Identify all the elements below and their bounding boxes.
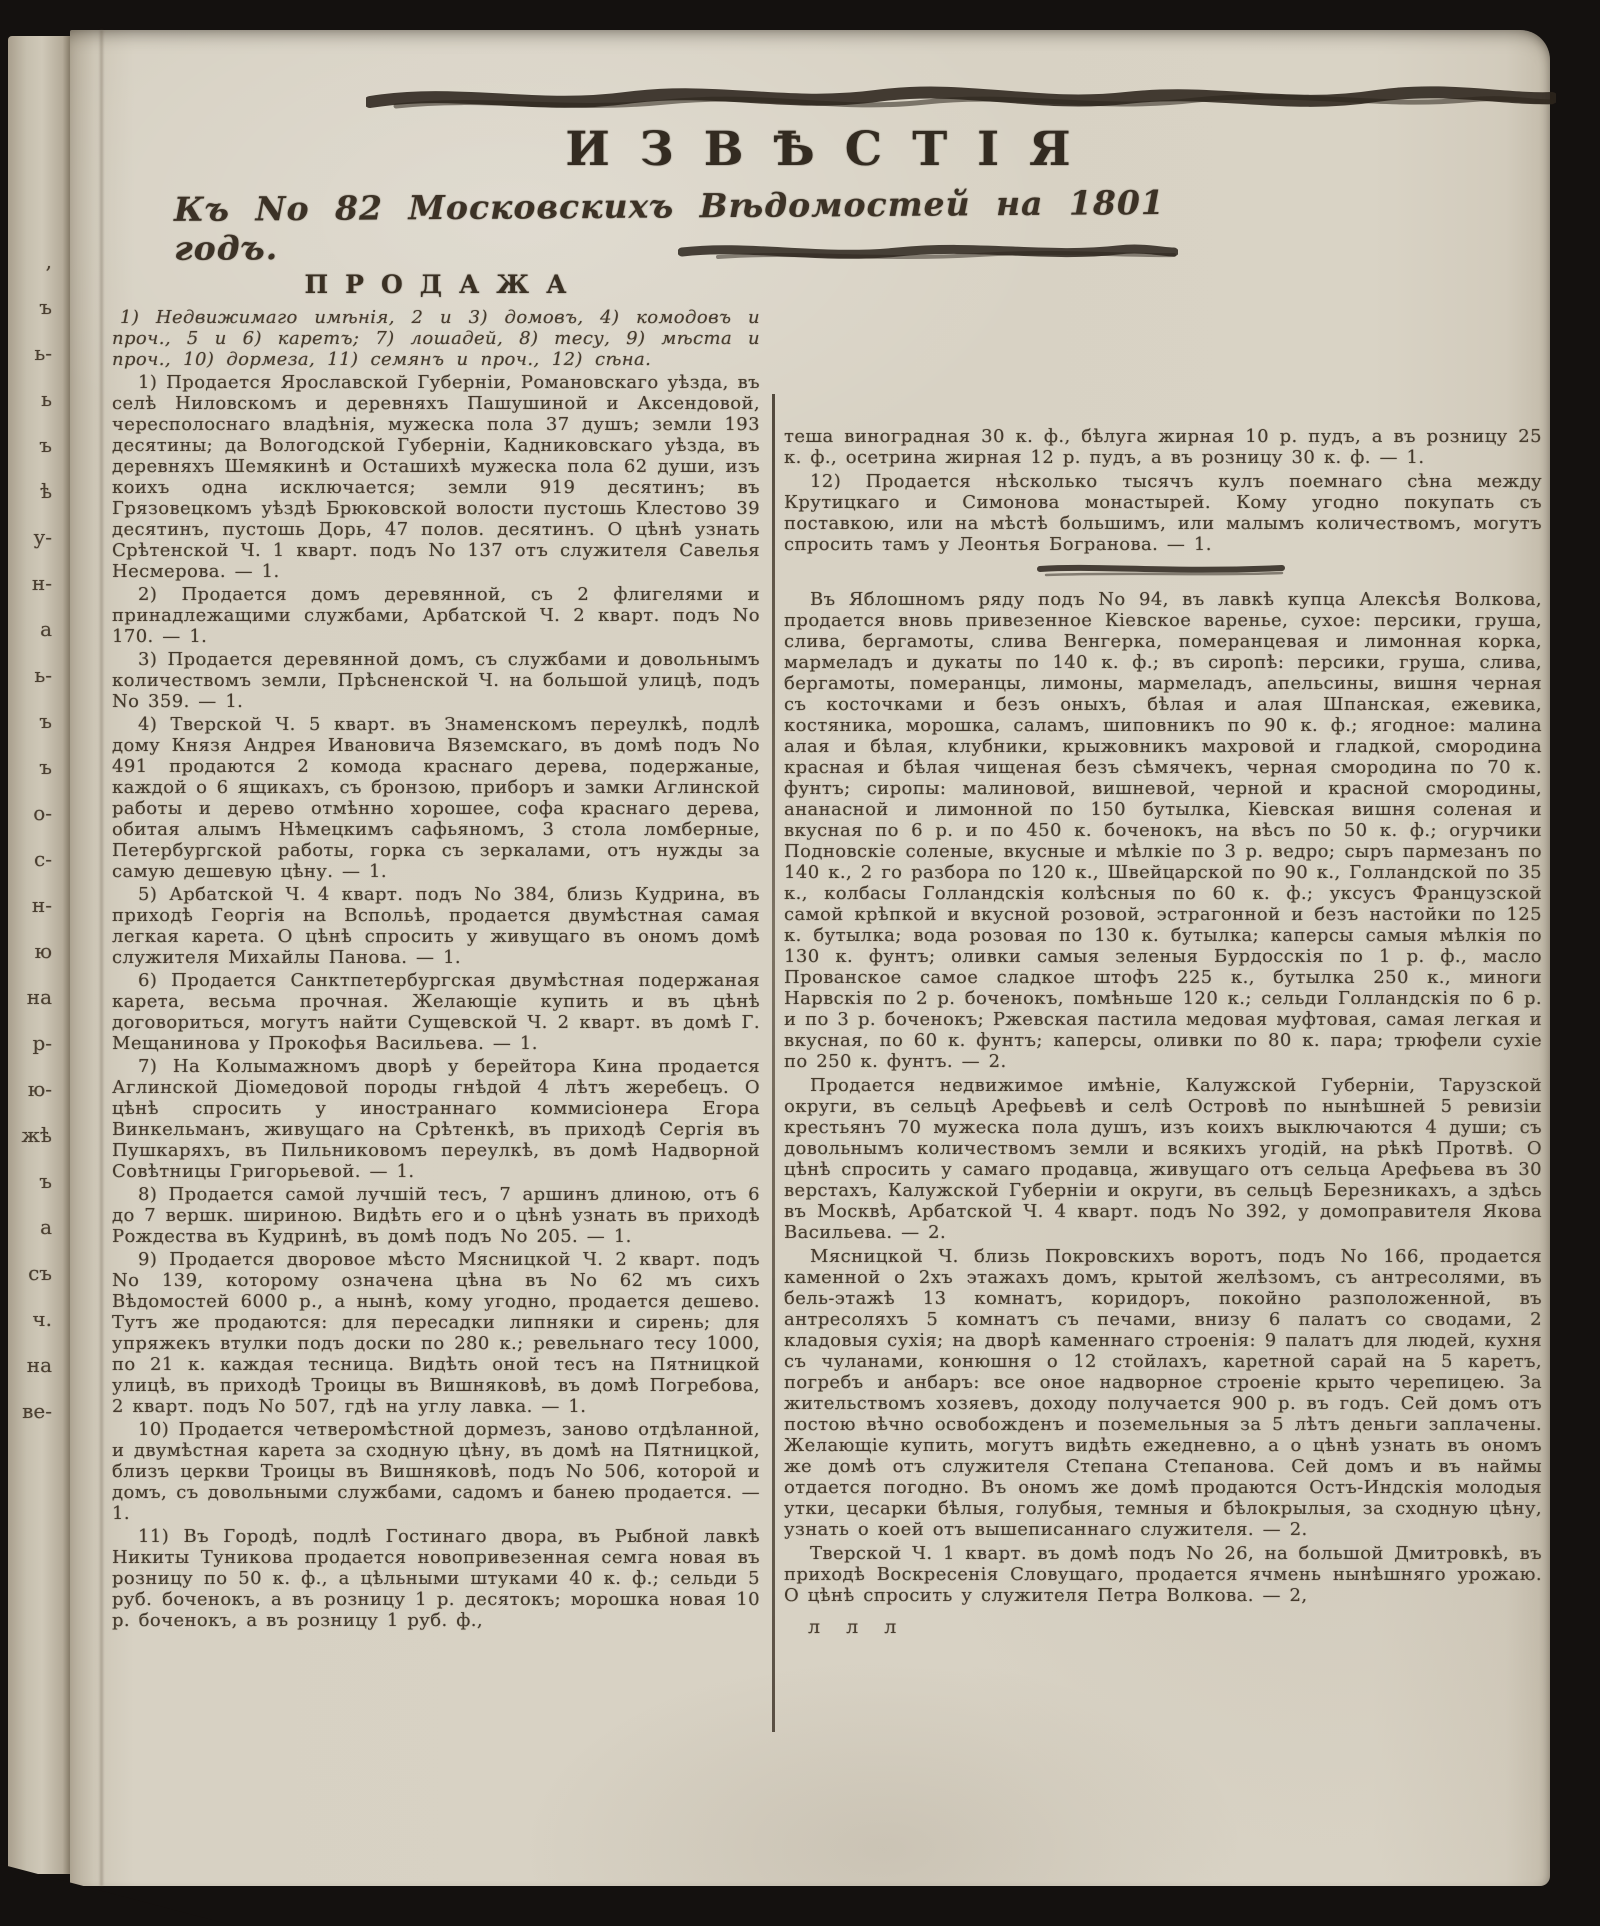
right-column: теша виноградная 30 к. ф., бѣлуга жирная… <box>784 426 1542 1638</box>
text-fragment: н- <box>32 894 52 916</box>
text-fragment: на <box>27 1354 52 1376</box>
newspaper-page: ИЗВѢСТIЯ Къ No 82 Московскихъ Вѣдомостей… <box>70 30 1550 1886</box>
column-divider-rule <box>772 394 775 1732</box>
classified-ad: теша виноградная 30 к. ф., бѣлуга жирная… <box>784 426 1542 468</box>
decorative-rule-top <box>366 78 1556 124</box>
classified-ad: 10) Продается четверомѣстной дормезъ, за… <box>112 1419 760 1524</box>
text-fragment: ѣ <box>40 480 52 502</box>
section-index-line: 1) Недвижимаго имѣнія, 2 и 3) домовъ, 4)… <box>112 307 760 370</box>
classified-ad: 11) Въ Городѣ, подлѣ Гостинаго двора, въ… <box>112 1526 760 1631</box>
classified-ad: 6) Продается Санктпетербургская двумѣстн… <box>112 970 760 1054</box>
text-fragment: а <box>40 618 52 640</box>
text-fragment: ю <box>35 940 52 962</box>
scanned-newspaper-page: { "masthead": { "title": "ИЗВѢСТIЯ", "su… <box>0 0 1600 1926</box>
announcement: Тверской Ч. 1 кварт. въ домѣ подъ No 26,… <box>784 1543 1542 1606</box>
text-fragment: ъ <box>39 756 52 778</box>
text-fragment: р- <box>32 1032 52 1054</box>
publication-title: ИЗВѢСТIЯ <box>70 122 1550 177</box>
classified-ad: 9) Продается дворовое мѣсто Мясницкой Ч.… <box>112 1249 760 1417</box>
previous-page-text-fragments: ,ъь-ьъѣу-н-аь-ъъо-с-н-юнар-ю-жѣъасъч.нав… <box>8 250 52 1422</box>
classified-ad: 1) Продается Ярославской Губерніи, Роман… <box>112 372 760 582</box>
text-fragment: а <box>40 1216 52 1238</box>
text-fragment: ч. <box>32 1308 52 1330</box>
decorative-rule-mid <box>1036 563 1542 583</box>
section-heading-prodazha: ПРОДАЖА <box>128 270 760 299</box>
classified-ad: 4) Тверской Ч. 5 кварт. въ Знаменскомъ п… <box>112 714 760 882</box>
classified-ad: 3) Продается деревянной домъ, съ службам… <box>112 649 760 712</box>
text-fragment: у- <box>33 526 52 548</box>
text-fragment: ю- <box>28 1078 52 1100</box>
classified-ad: 7) На Колымажномъ дворѣ у берейтора Кина… <box>112 1056 760 1182</box>
text-fragment: ь <box>41 388 52 410</box>
classified-ads-list: 1) Продается Ярославской Губерніи, Роман… <box>112 372 760 1631</box>
text-fragment: ь- <box>34 342 52 364</box>
announcement: Продается недвижимое имѣніе, Калужской Г… <box>784 1075 1542 1243</box>
text-fragment: ъ <box>39 1170 52 1192</box>
classified-ad: 2) Продается домъ деревянной, съ 2 флиге… <box>112 584 760 647</box>
announcements-list: Въ Яблошномъ ряду подъ No 94, въ лавкѣ к… <box>784 589 1542 1606</box>
text-fragment: съ <box>28 1262 52 1284</box>
left-column: ПРОДАЖА 1) Недвижимаго имѣнія, 2 и 3) до… <box>112 270 760 1633</box>
decorative-rule-subtitle <box>678 240 1178 266</box>
printers-signature-mark: л л л <box>808 1616 1542 1638</box>
announcement: Мясницкой Ч. близь Покровскихъ воротъ, п… <box>784 1246 1542 1540</box>
text-fragment: , <box>46 250 52 272</box>
classified-ad: 8) Продается самой лучшій тесъ, 7 аршинъ… <box>112 1184 760 1247</box>
text-fragment: жѣ <box>22 1124 52 1146</box>
text-fragment: на <box>27 986 52 1008</box>
text-fragment: ъ <box>39 296 52 318</box>
text-fragment: ъ <box>39 434 52 456</box>
announcement: Въ Яблошномъ ряду подъ No 94, въ лавкѣ к… <box>784 589 1542 1072</box>
gutter-crease <box>100 30 103 1886</box>
text-fragment: н- <box>32 572 52 594</box>
classified-ad: 12) Продается нѣсколько тысячъ кулъ поем… <box>784 471 1542 555</box>
text-fragment: с- <box>34 848 52 870</box>
classified-ad: 5) Арбатской Ч. 4 кварт. подъ No 384, бл… <box>112 884 760 968</box>
text-fragment: ъ <box>39 710 52 732</box>
previous-page-edge: ,ъь-ьъѣу-н-аь-ъъо-с-н-юнар-ю-жѣъасъч.нав… <box>8 36 70 1874</box>
text-fragment: ь- <box>34 664 52 686</box>
text-fragment: ве- <box>22 1400 52 1422</box>
classified-ads-continued: теша виноградная 30 к. ф., бѣлуга жирная… <box>784 426 1542 555</box>
text-fragment: о- <box>33 802 52 824</box>
